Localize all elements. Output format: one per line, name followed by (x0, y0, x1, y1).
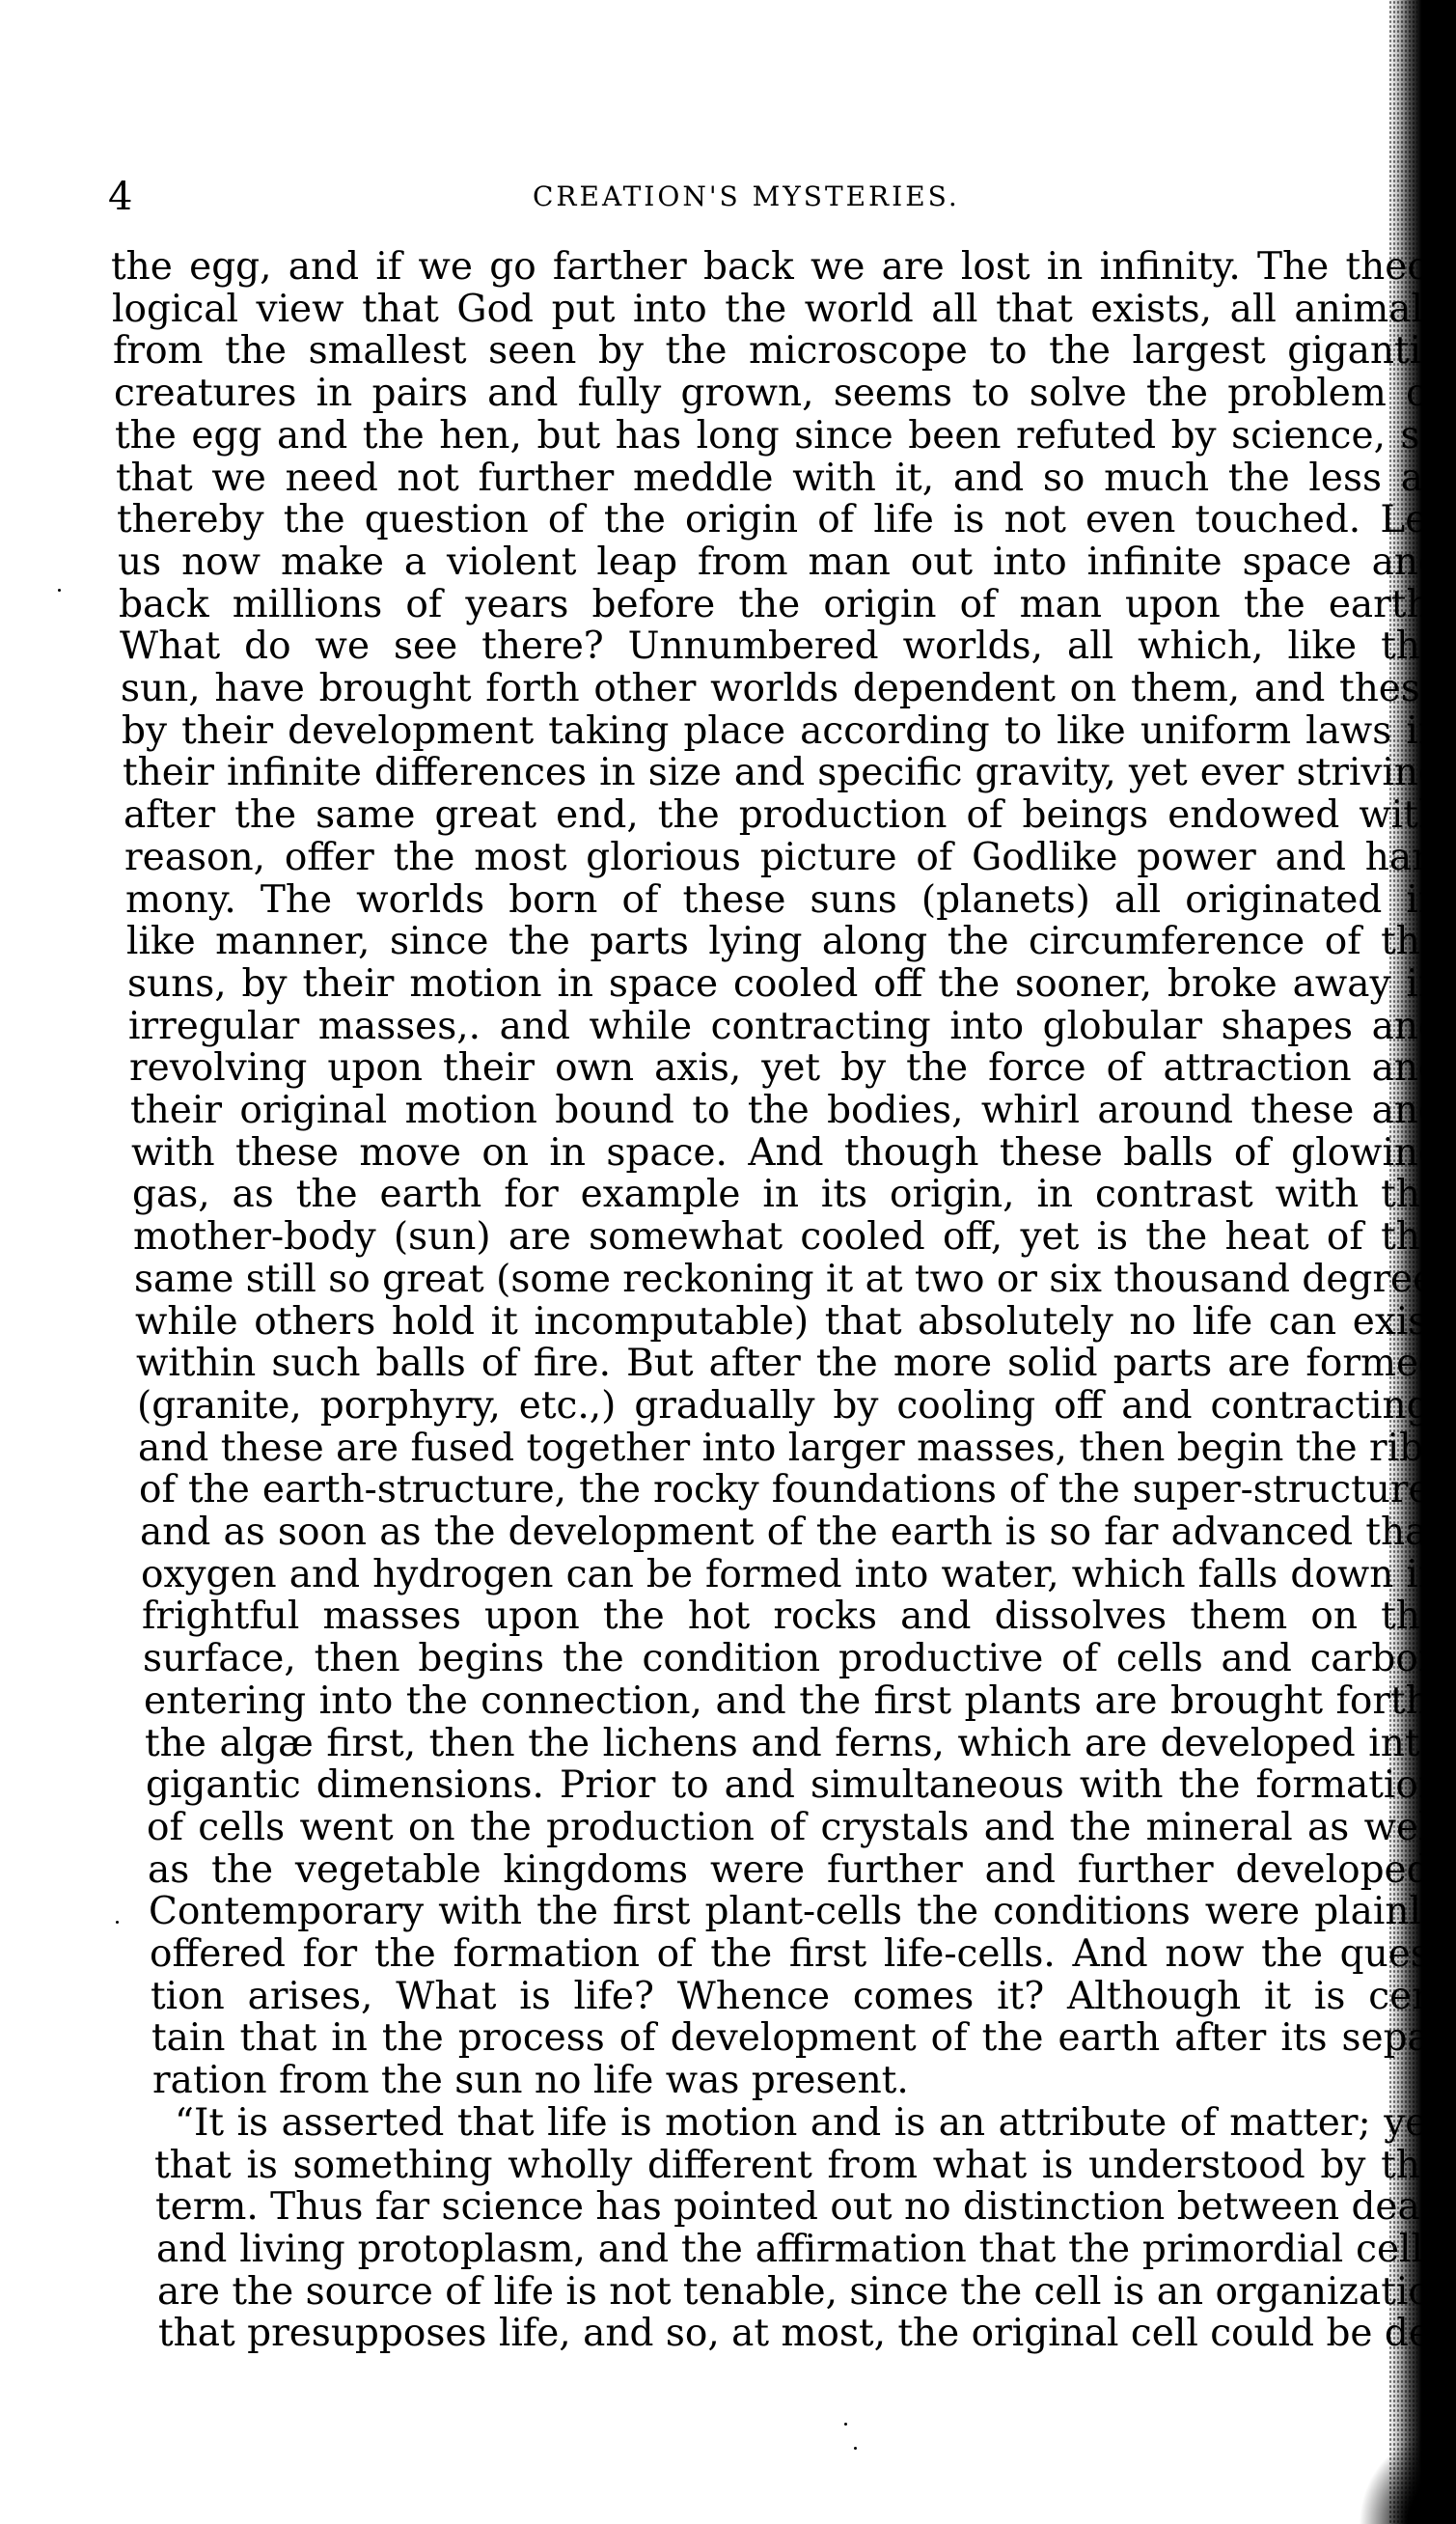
text-line: while others hold it incomputable) that … (135, 1301, 1442, 1344)
text-line: Contemporary with the first plant-cells … (149, 1891, 1442, 1933)
text-line: term. Thus far science has pointed out n… (155, 2186, 1442, 2229)
text-line: sun, have brought forth other worlds dep… (121, 668, 1442, 710)
text-line: us now make a violent leap from man out … (118, 541, 1442, 584)
text-line: ration from the sun no life was present. (152, 2060, 1442, 2102)
text-line: reason, offer the most glorious picture … (124, 837, 1442, 879)
text-line: like manner, since the parts lying along… (126, 921, 1442, 963)
text-line: thereby the question of the origin of li… (117, 499, 1442, 541)
scan-speck (58, 589, 61, 592)
text-line: are the source of life is not tenable, s… (157, 2271, 1442, 2314)
text-line: their original motion bound to the bodie… (130, 1090, 1442, 1132)
text-line: that is something wholly different from … (154, 2145, 1442, 2187)
text-line: back millions of years before the origin… (119, 584, 1442, 626)
text-line: tion arises, What is life? Whence comes … (151, 1976, 1442, 2018)
text-line: mother-body (sun) are somewhat cooled of… (133, 1216, 1442, 1259)
text-line: revolving upon their own axis, yet by th… (129, 1047, 1442, 1090)
text-line: after the same great end, the production… (124, 794, 1442, 837)
text-line: surface, then begins the condition produ… (143, 1638, 1442, 1680)
scan-speck (116, 1921, 119, 1924)
book-page: 4 CREATION'S MYSTERIES. the egg, and if … (0, 0, 1456, 2524)
text-line: logical view that God put into the world… (112, 289, 1442, 331)
text-line: that we need not further meddle with it,… (116, 458, 1442, 500)
text-line: within such balls of fire. But after the… (136, 1343, 1442, 1385)
text-line: suns, by their motion in space cooled of… (127, 963, 1442, 1006)
text-line: tain that in the process of development … (151, 2017, 1442, 2060)
text-line: and as soon as the development of the ea… (140, 1512, 1442, 1554)
text-line: and living protoplasm, and the affirmati… (156, 2229, 1442, 2271)
text-line: the algæ first, then the lichens and fer… (145, 1723, 1442, 1765)
text-line: oxygen and hydrogen can be formed into w… (141, 1554, 1442, 1596)
text-line: What do we see there? Unnumbered worlds,… (120, 625, 1442, 668)
text-line: with these move on in space. And though … (131, 1132, 1442, 1175)
text-line: the egg, and if we go farther back we ar… (111, 246, 1442, 289)
scan-speck (844, 2423, 847, 2426)
scan-speck (854, 2447, 857, 2450)
running-title: CREATION'S MYSTERIES. (533, 181, 960, 212)
running-head: 4 CREATION'S MYSTERIES. (0, 174, 1456, 222)
text-line: as the vegetable kingdoms were further a… (148, 1849, 1442, 1892)
text-line: gigantic dimensions. Prior to and simult… (146, 1764, 1442, 1807)
page-corner-shadow (1340, 2408, 1456, 2524)
text-line: of cells went on the production of cryst… (147, 1807, 1442, 1849)
text-line: the egg and the hen, but has long since … (115, 415, 1442, 458)
text-line: “It is asserted that life is motion and … (153, 2102, 1442, 2145)
binding-shadow (1388, 0, 1456, 2524)
text-line: (granite, porphyry, etc.,) gradually by … (137, 1385, 1442, 1428)
text-line: irregular masses,. and while contracting… (128, 1006, 1442, 1048)
text-line: same still so great (some reckoning it a… (134, 1259, 1442, 1301)
text-line: frightful masses upon the hot rocks and … (142, 1595, 1442, 1638)
page-number: 4 (108, 176, 132, 218)
text-line: gas, as the earth for example in its ori… (132, 1174, 1442, 1216)
text-line: of the earth-structure, the rocky founda… (139, 1469, 1442, 1512)
text-line: their infinite differences in size and s… (123, 752, 1442, 794)
text-line: creatures in pairs and fully grown, seem… (114, 373, 1442, 415)
text-line: entering into the connection, and the fi… (144, 1680, 1442, 1723)
text-line: mony. The worlds born of these suns (pla… (125, 879, 1442, 922)
text-line: that presupposes life, and so, at most, … (158, 2313, 1442, 2355)
text-line: and these are fused together into larger… (138, 1428, 1442, 1470)
text-line: offered for the formation of the first l… (150, 1933, 1442, 1976)
text-line: by their development taking place accord… (122, 710, 1442, 753)
text-line: from the smallest seen by the microscope… (113, 330, 1442, 373)
